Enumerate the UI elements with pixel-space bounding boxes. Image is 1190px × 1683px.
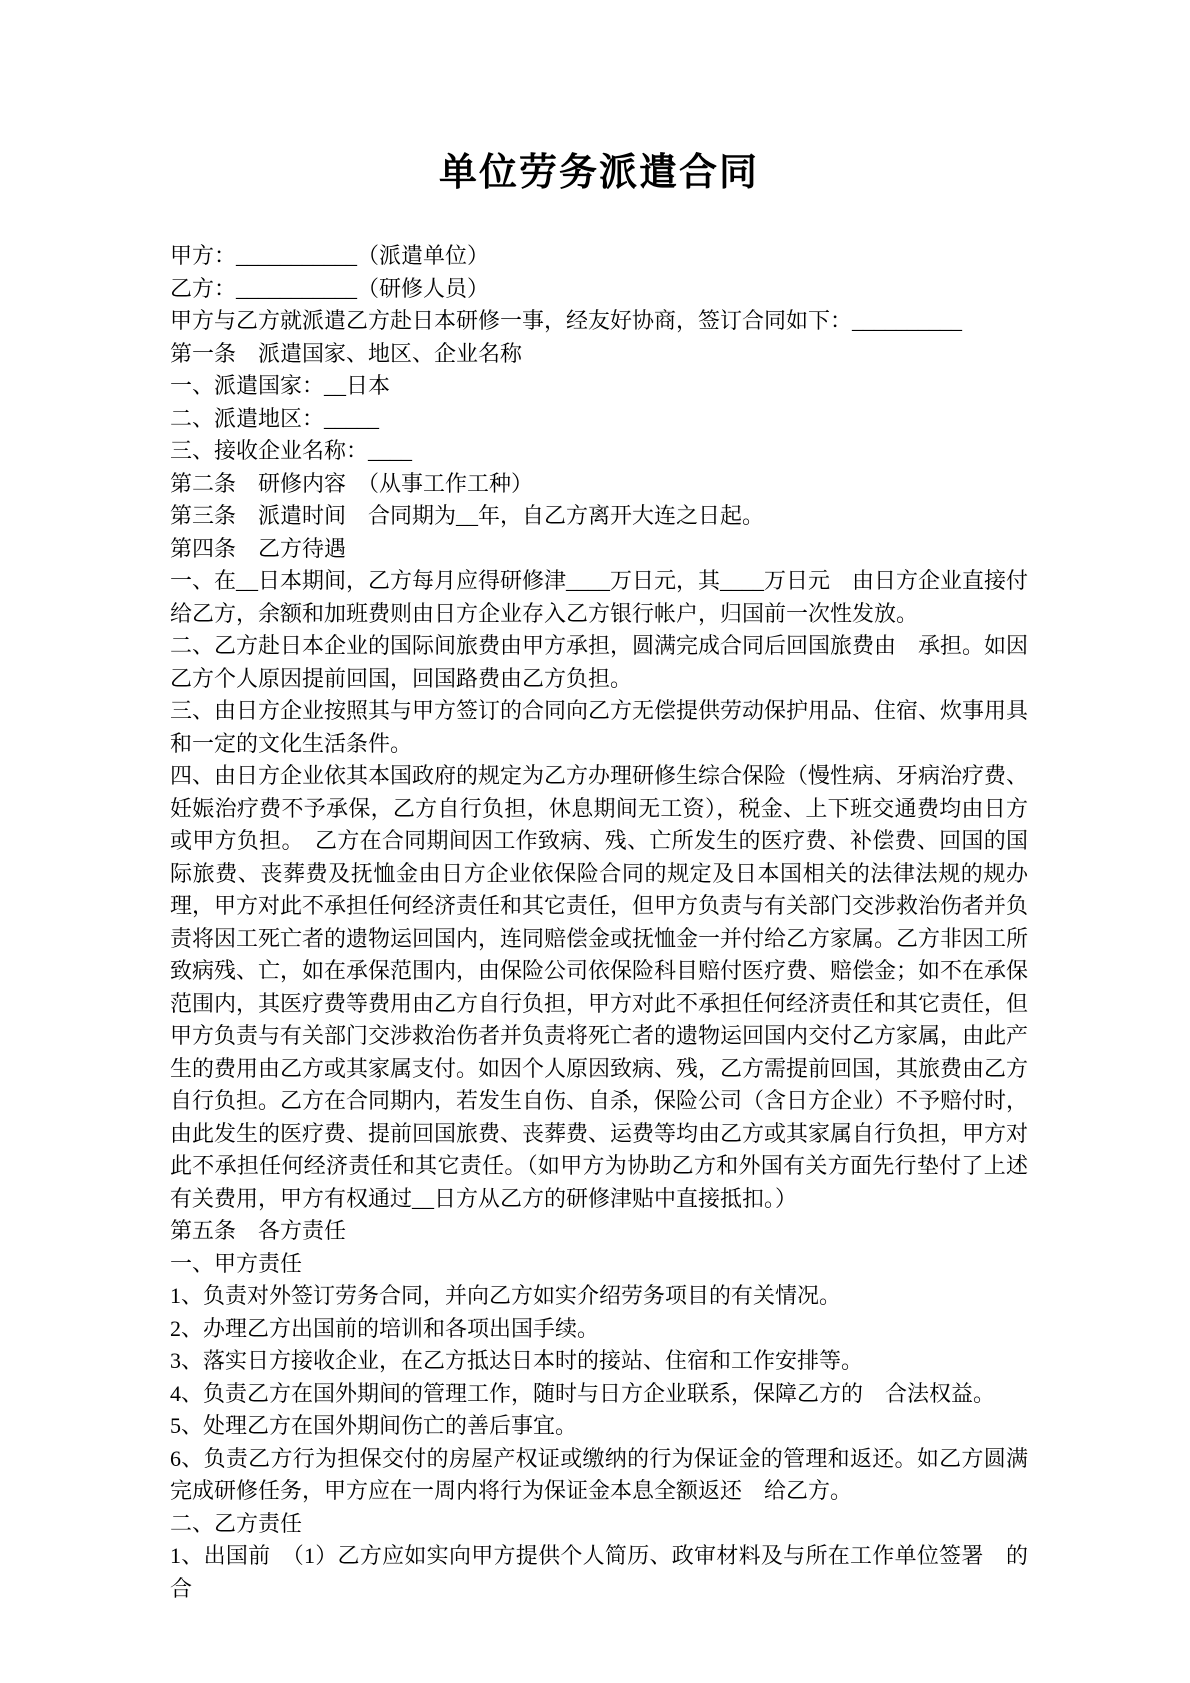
- paragraph: 甲方与乙方就派遣乙方赴日本研修一事，经友好协商，签订合同如下：_________…: [170, 305, 1028, 338]
- paragraph: 甲方：___________（派遣单位）: [170, 240, 1028, 273]
- paragraph: 4、负责乙方在国外期间的管理工作，随时与日方企业联系，保障乙方的 合法权益。: [170, 1378, 1028, 1411]
- paragraph: 3、落实日方接收企业，在乙方抵达日本时的接站、住宿和工作安排等。: [170, 1345, 1028, 1378]
- paragraph: 四、由日方企业依其本国政府的规定为乙方办理研修生综合保险（慢性病、牙病治疗费、妊…: [170, 760, 1028, 1215]
- paragraph: 二、乙方赴日本企业的国际间旅费由甲方承担，圆满完成合同后回国旅费由 承担。如因乙…: [170, 630, 1028, 695]
- contract-page: 单位劳务派遣合同 甲方：___________（派遣单位）乙方：________…: [0, 0, 1190, 1683]
- document-body: 甲方：___________（派遣单位）乙方：___________（研修人员）…: [170, 240, 1028, 1605]
- paragraph: 一、甲方责任: [170, 1248, 1028, 1281]
- paragraph: 2、办理乙方出国前的培训和各项出国手续。: [170, 1313, 1028, 1346]
- paragraph: 乙方：___________（研修人员）: [170, 273, 1028, 306]
- document-title: 单位劳务派遣合同: [170, 148, 1028, 198]
- paragraph: 一、在__日本期间，乙方每月应得研修津____万日元，其____万日元 由日方企…: [170, 565, 1028, 630]
- paragraph: 第四条 乙方待遇: [170, 533, 1028, 566]
- paragraph: 1、出国前 （1）乙方应如实向甲方提供个人简历、政审材料及与所在工作单位签署 的…: [170, 1540, 1028, 1605]
- paragraph: 三、接收企业名称：____: [170, 435, 1028, 468]
- paragraph: 6、负责乙方行为担保交付的房屋产权证或缴纳的行为保证金的管理和返还。如乙方圆满完…: [170, 1443, 1028, 1508]
- paragraph: 第二条 研修内容 （从事工作工种）: [170, 468, 1028, 501]
- paragraph: 三、由日方企业按照其与甲方签订的合同向乙方无偿提供劳动保护用品、住宿、炊事用具和…: [170, 695, 1028, 760]
- paragraph: 第五条 各方责任: [170, 1215, 1028, 1248]
- paragraph: 第三条 派遣时间 合同期为__年，自乙方离开大连之日起。: [170, 500, 1028, 533]
- paragraph: 第一条 派遣国家、地区、企业名称: [170, 338, 1028, 371]
- paragraph: 二、派遣地区：_____: [170, 403, 1028, 436]
- paragraph: 一、派遣国家：__日本: [170, 370, 1028, 403]
- paragraph: 1、负责对外签订劳务合同，并向乙方如实介绍劳务项目的有关情况。: [170, 1280, 1028, 1313]
- paragraph: 二、乙方责任: [170, 1508, 1028, 1541]
- paragraph: 5、处理乙方在国外期间伤亡的善后事宜。: [170, 1410, 1028, 1443]
